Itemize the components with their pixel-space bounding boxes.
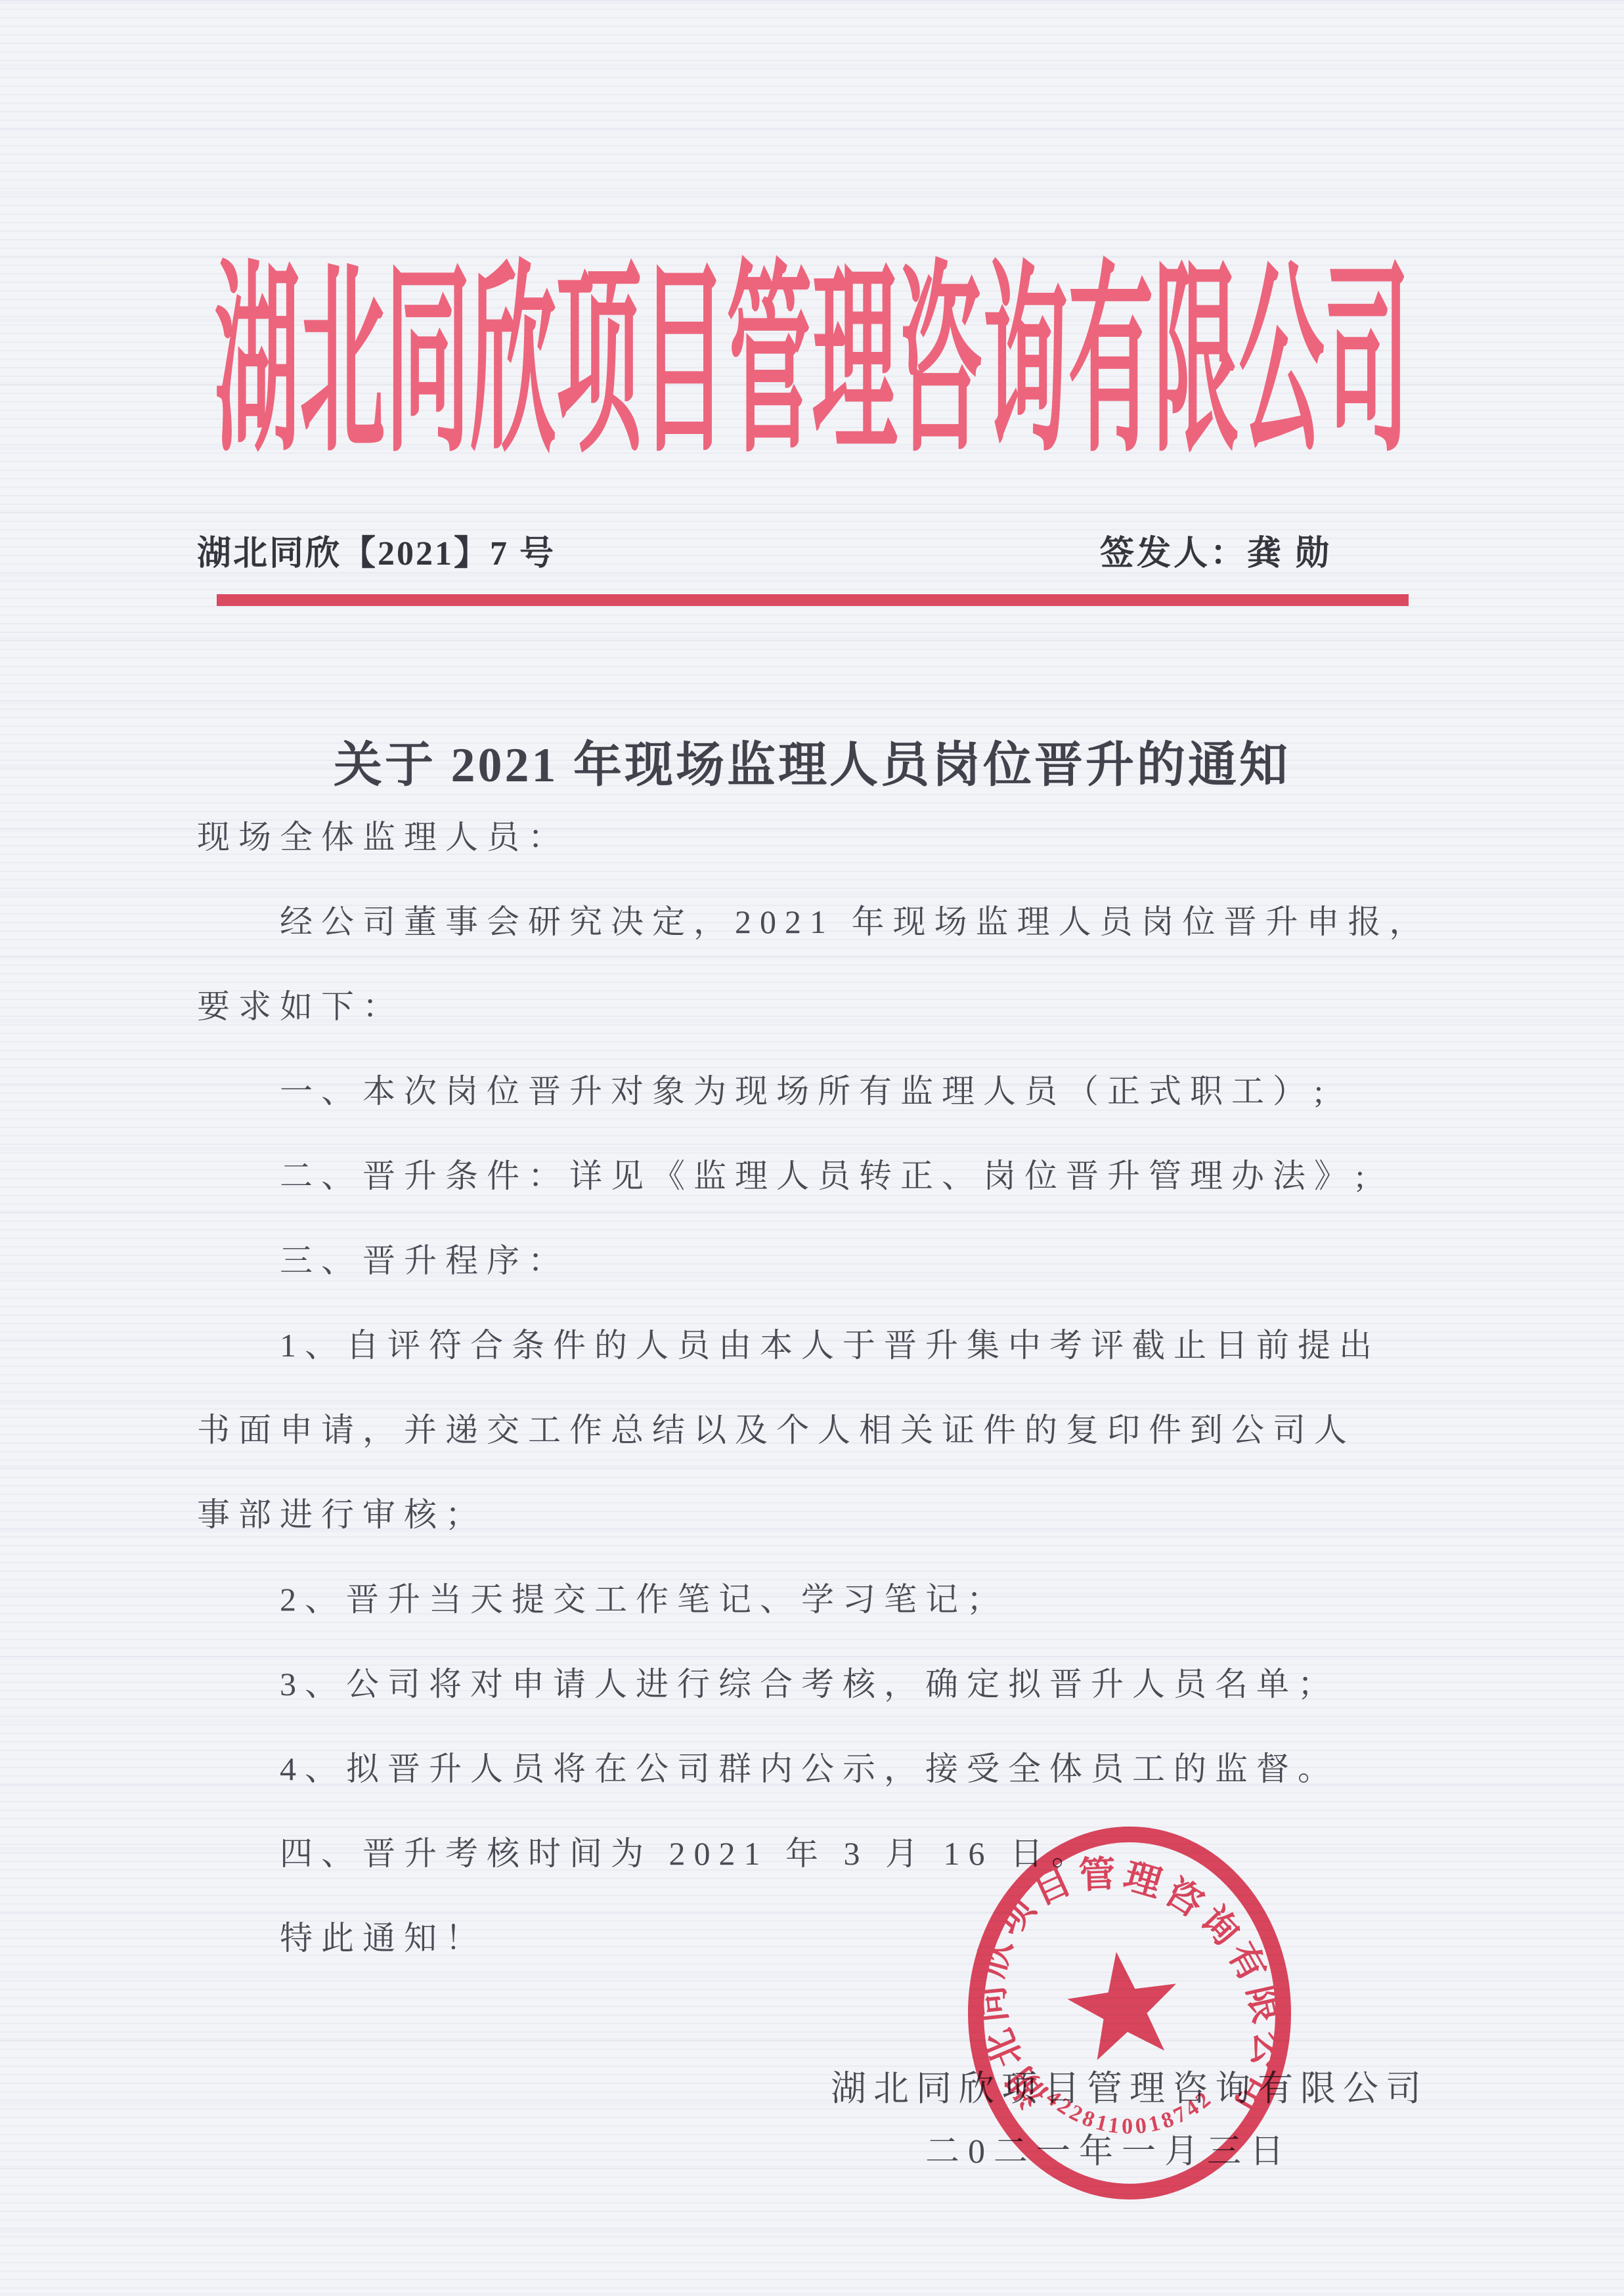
body-line: 4、拟晋升人员将在公司群内公示，接受全体员工的监督。 [197, 1727, 1448, 1811]
company-letterhead-title: 湖北同欣项目管理咨询有限公司 [0, 197, 1624, 492]
body-line: 1、自评符合条件的人员由本人于晋升集中考评截止日前提出 [197, 1303, 1448, 1388]
seal-number: 4228110018742 [1042, 2085, 1218, 2138]
doc-info-row: 湖北同欣【2021】7 号 签发人：龚 勋 [0, 525, 1624, 571]
notice-body: 现场全体监理人员： 经公司董事会研究决定，2021 年现场监理人员岗位晋升申报，… [197, 795, 1448, 1981]
scanned-notice-document: 湖北同欣项目管理咨询有限公司 湖北同欣【2021】7 号 签发人：龚 勋 关于 … [0, 0, 1624, 2296]
body-line: 2、晋升当天提交工作笔记、学习笔记； [197, 1557, 1448, 1642]
body-line: 事部进行审核； [197, 1473, 1448, 1557]
body-line: 书面申请，并递交工作总结以及个人相关证件的复印件到公司人 [197, 1388, 1448, 1473]
red-separator-rule [217, 594, 1409, 606]
issuer-name: 签发人：龚 勋 [1100, 525, 1332, 574]
star-icon [1067, 1952, 1176, 2060]
body-line: 一、本次岗位晋升对象为现场所有监理人员（正式职工）; [197, 1049, 1448, 1134]
body-line: 二、晋升条件：详见《监理人员转正、岗位晋升管理办法》; [197, 1134, 1448, 1219]
body-line: 要求如下： [197, 964, 1448, 1049]
body-line: 现场全体监理人员： [197, 795, 1448, 880]
document-number: 湖北同欣【2021】7 号 [197, 525, 556, 574]
notice-title: 关于 2021 年现场监理人员岗位晋升的通知 [0, 726, 1624, 796]
body-line: 3、公司将对申请人进行综合考核，确定拟晋升人员名单； [197, 1642, 1448, 1727]
body-line: 经公司董事会研究决定，2021 年现场监理人员岗位晋升申报， [197, 880, 1448, 964]
body-line: 三、晋升程序： [197, 1219, 1448, 1303]
official-company-seal: 湖北同欣项目管理咨询有限公司 4228110018742 [960, 1820, 1299, 2206]
